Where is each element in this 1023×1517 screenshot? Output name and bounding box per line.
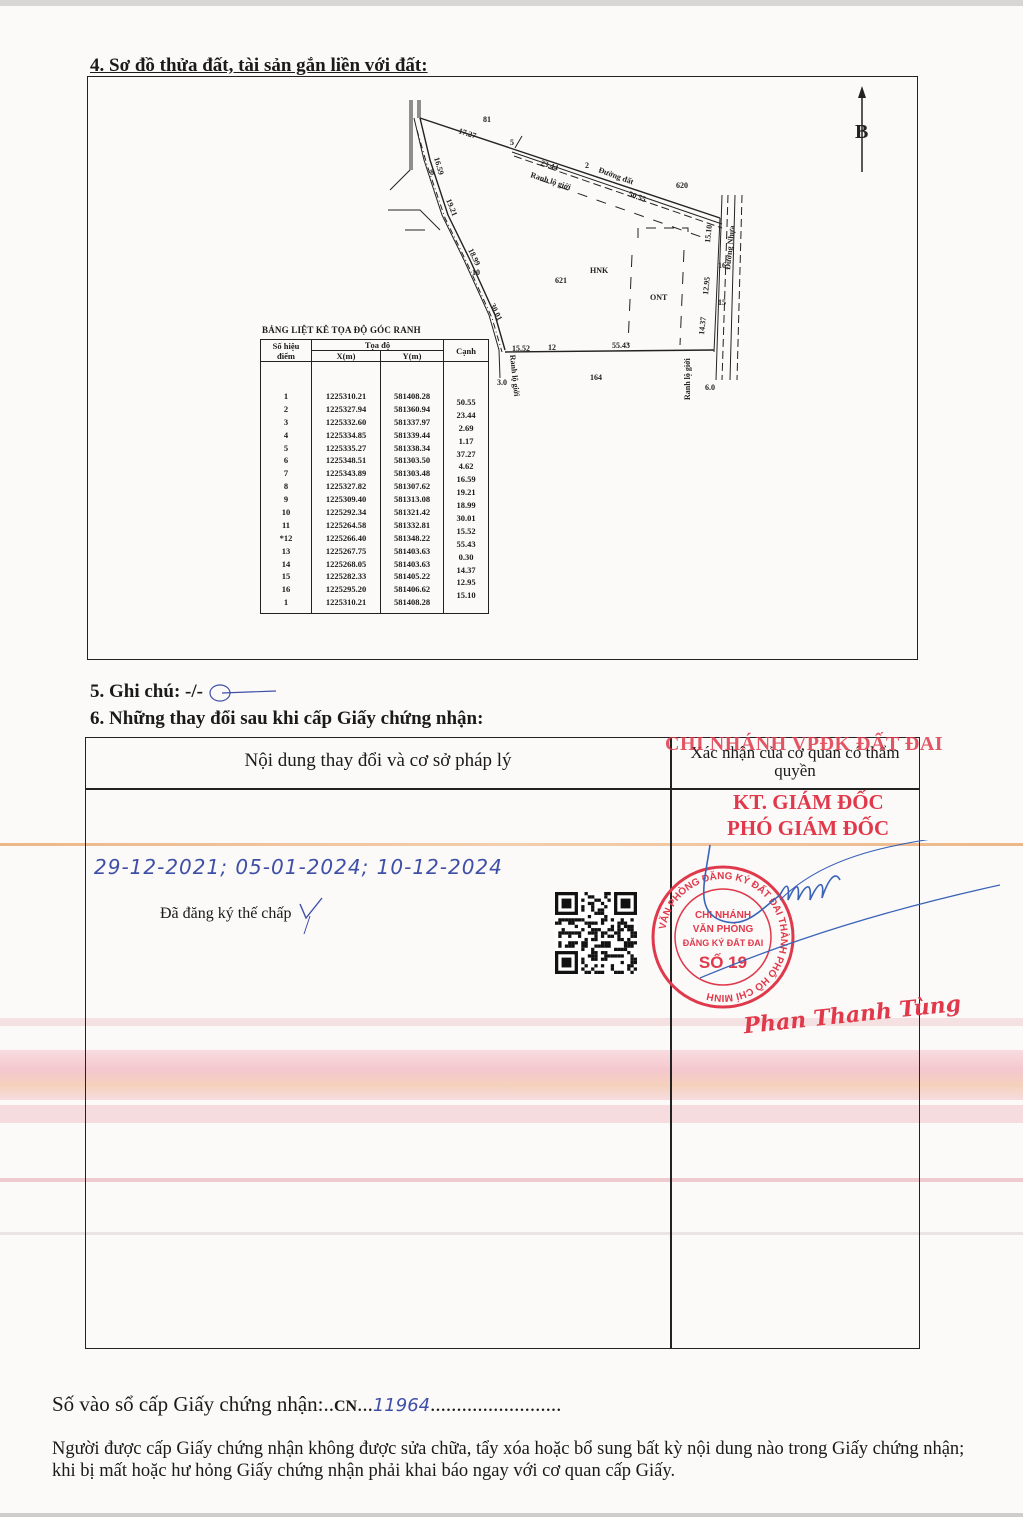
coord-table-title: BẢNG LIỆT KÊ TỌA ĐỘ GÓC RANH <box>262 325 421 335</box>
diagram-label: HNK <box>590 266 609 275</box>
table-cell: 1.17 <box>447 435 485 448</box>
mortgage-entry: Đã đăng ký thế chấp <box>160 896 326 936</box>
table-cell: 1225264.58 <box>315 519 377 532</box>
table-cell: 1225267.75 <box>315 545 377 558</box>
table-cell: 1225343.89 <box>315 467 377 480</box>
table-cell: 1225335.27 <box>315 442 377 455</box>
table-cell: 1225295.20 <box>315 583 377 596</box>
table-cell: 581303.48 <box>384 467 440 480</box>
registration-label: Số vào sổ cấp Giấy chứng nhận: <box>52 1392 324 1416</box>
table-cell: 14.37 <box>447 564 485 577</box>
table-cell: 18.99 <box>447 499 485 512</box>
diagram-label: ONT <box>650 293 668 302</box>
diagram-label: 10 <box>472 268 480 277</box>
table-cell: 13 <box>264 545 308 558</box>
registration-handwritten-number: 11964 <box>373 1395 430 1416</box>
table-cell: 1225309.40 <box>315 493 377 506</box>
col-x-header: X(m) <box>312 351 381 362</box>
handwritten-dates: 29-12-2021; 05-01-2024; 10-12-2024 <box>94 855 503 879</box>
table-cell: 581408.28 <box>384 390 440 403</box>
col-y-header: Y(m) <box>381 351 444 362</box>
diagram-label: 15 <box>718 298 726 307</box>
table-cell: 15 <box>264 570 308 583</box>
table-cell: 55.43 <box>447 538 485 551</box>
table-cell: 2 <box>264 403 308 416</box>
table-cell: 581338.34 <box>384 442 440 455</box>
edge-column: 50.5523.442.691.1737.274.6216.5919.2118.… <box>444 362 489 614</box>
x-column: 1225310.211225327.941225332.601225334.85… <box>312 362 381 614</box>
table-cell: 1225327.94 <box>315 403 377 416</box>
table-cell: 12.95 <box>447 576 485 589</box>
table-cell: 0.30 <box>447 551 485 564</box>
table-cell: 1225332.60 <box>315 416 377 429</box>
table-cell: 9 <box>264 493 308 506</box>
table-cell: 16.59 <box>447 473 485 486</box>
diagram-label: 16 <box>718 261 726 270</box>
registration-prefix: CN <box>334 1398 357 1415</box>
table-cell: 5 <box>264 442 308 455</box>
col-point-header: Số hiệu điểm <box>261 340 312 362</box>
table-cell: *12 <box>264 532 308 545</box>
diagram-label: 3.0 <box>497 378 507 387</box>
diagram-label: 15.52 <box>512 344 530 353</box>
qr-code-icon <box>555 892 637 974</box>
table-cell: 581406.62 <box>384 583 440 596</box>
initials-scribble-icon <box>208 683 278 703</box>
diagram-label: 81 <box>483 115 491 124</box>
col-coords-header: Tọa độ <box>312 340 444 351</box>
table-cell: 581348.22 <box>384 532 440 545</box>
table-cell: 1225292.34 <box>315 506 377 519</box>
table-cell: 7 <box>264 467 308 480</box>
diagram-label: 15.10 <box>703 224 714 243</box>
stamp-title-kt: KT. GIÁM ĐỐC <box>733 790 884 815</box>
north-label: B <box>855 121 868 143</box>
table-cell: 1225268.05 <box>315 558 377 571</box>
col-edge-header: Cạnh <box>444 340 489 362</box>
table-cell: 1 <box>264 596 308 609</box>
table-cell: 8 <box>264 480 308 493</box>
table-cell: 581307.62 <box>384 480 440 493</box>
table-cell: 1225327.82 <box>315 480 377 493</box>
table-cell: 19.21 <box>447 486 485 499</box>
table-cell: 1225282.33 <box>315 570 377 583</box>
diagram-label: 621 <box>555 276 567 285</box>
branch-stamp-header: CHI NHÁNH VPĐK ĐẤT ĐAI <box>665 733 943 756</box>
diagram-label: 12 <box>548 343 556 352</box>
table-cell: 1225334.85 <box>315 429 377 442</box>
diagram-label: 23.44 <box>539 158 559 172</box>
diagram-label: 55.43 <box>612 341 630 350</box>
page-bottom-edge <box>0 1513 1023 1517</box>
table-cell: 1225310.21 <box>315 596 377 609</box>
table-cell: 14 <box>264 558 308 571</box>
coord-table: Số hiệu điểm Tọa độ Cạnh X(m) Y(m) 12345… <box>260 339 489 614</box>
table-cell: 1 <box>264 390 308 403</box>
checkmark-icon <box>296 896 326 936</box>
note-text: 5. Ghi chú: -/- <box>90 681 203 702</box>
table-cell: 50.55 <box>447 396 485 409</box>
changes-content-header: Nội dung thay đổi và cơ sở pháp lý <box>86 750 670 772</box>
table-cell: 1225266.40 <box>315 532 377 545</box>
table-cell: 1225310.21 <box>315 390 377 403</box>
diagram-label: 12.95 <box>701 276 712 295</box>
section-6-title: 6. Những thay đổi sau khi cấp Giấy chứng… <box>90 708 483 730</box>
table-cell: 581360.94 <box>384 403 440 416</box>
table-cell: 16 <box>264 583 308 596</box>
table-cell: 11 <box>264 519 308 532</box>
diagram-label: 50.55 <box>627 189 647 204</box>
y-column: 581408.28581360.94581337.97581339.445813… <box>381 362 444 614</box>
diagram-label: 8 <box>430 168 434 177</box>
mortgage-entry-text: Đã đăng ký thế chấp <box>160 905 292 922</box>
table-cell: 4 <box>264 429 308 442</box>
table-cell: 581321.42 <box>384 506 440 519</box>
diagram-label: 5 <box>510 138 514 147</box>
diagram-label: Ranh lộ giới <box>683 357 692 400</box>
table-cell: 581408.28 <box>384 596 440 609</box>
table-cell: 581313.08 <box>384 493 440 506</box>
diagram-label: Ranh lộ giới <box>508 354 521 397</box>
parcel-diagram: B 81620621164HNKONTĐường <box>0 0 1023 700</box>
table-cell: 581337.97 <box>384 416 440 429</box>
diagram-label: 19.21 <box>444 197 459 217</box>
table-cell: 10 <box>264 506 308 519</box>
table-cell: 2.69 <box>447 422 485 435</box>
table-cell: 4.62 <box>447 460 485 473</box>
diagram-label: 6.0 <box>705 383 715 392</box>
diagram-label: 164 <box>590 373 602 382</box>
table-cell: 15.52 <box>447 525 485 538</box>
diagram-label: 620 <box>676 181 688 190</box>
table-cell: 581403.63 <box>384 558 440 571</box>
table-cell: 581332.81 <box>384 519 440 532</box>
table-cell: 581303.50 <box>384 454 440 467</box>
table-cell: 581405.22 <box>384 570 440 583</box>
table-cell: 6 <box>264 454 308 467</box>
diagram-label: 2 <box>585 161 589 170</box>
table-cell: 15.10 <box>447 589 485 602</box>
stamp-title-deputy: PHÓ GIÁM ĐỐC <box>727 816 889 841</box>
table-cell: 1225348.51 <box>315 454 377 467</box>
legal-notice: Người được cấp Giấy chứng nhận không đượ… <box>52 1438 982 1482</box>
table-cell: 3 <box>264 416 308 429</box>
point-column: 1234567891011*12131415161 <box>261 362 312 614</box>
table-cell: 581403.63 <box>384 545 440 558</box>
table-cell: 37.27 <box>447 448 485 461</box>
registration-number: Số vào sổ cấp Giấy chứng nhận:..CN...119… <box>52 1392 561 1417</box>
table-cell: 30.01 <box>447 512 485 525</box>
diagram-label: 14.37 <box>697 316 708 335</box>
table-cell: 581339.44 <box>384 429 440 442</box>
column-divider <box>670 738 672 1348</box>
signature-icon <box>700 840 1000 1010</box>
section-5-note: 5. Ghi chú: -/- <box>90 681 278 703</box>
table-cell: 23.44 <box>447 409 485 422</box>
diagram-label: 17.27 <box>457 126 477 140</box>
